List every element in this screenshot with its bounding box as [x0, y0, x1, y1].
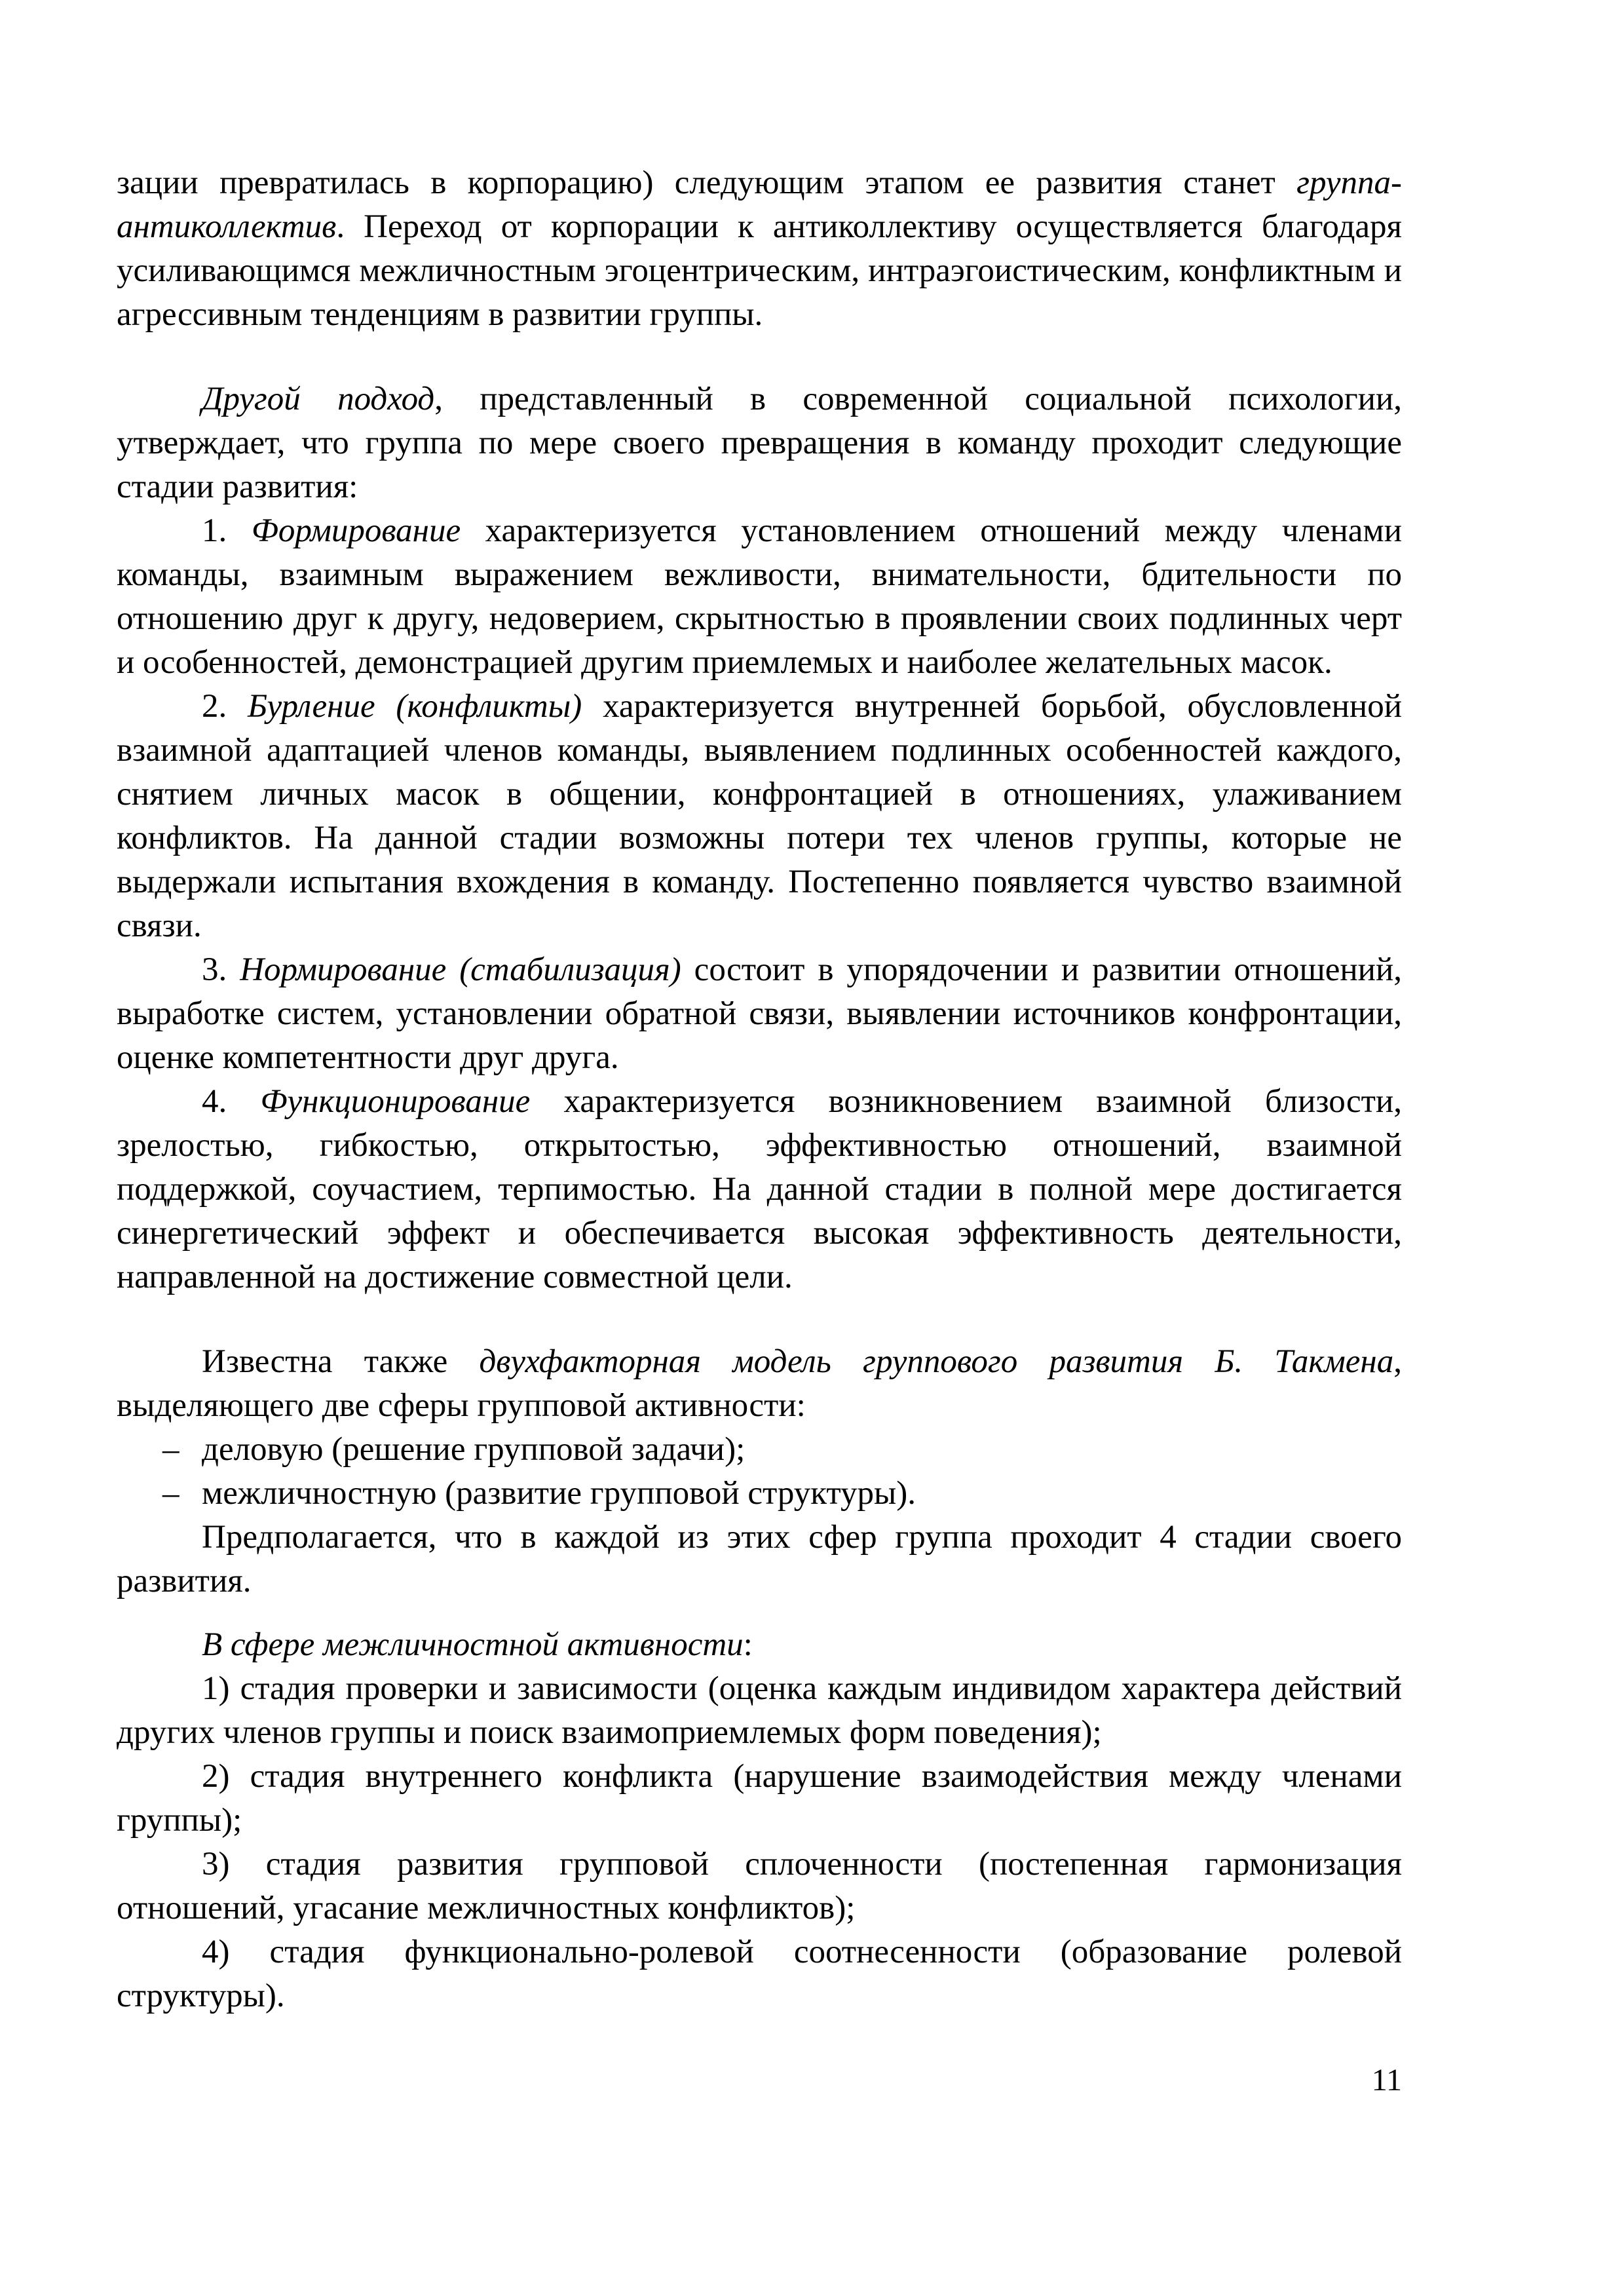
text-run: межличностную (развитие групповой структ…: [202, 1475, 916, 1512]
text-run: 3) стадия развития групповой сплоченност…: [117, 1846, 1402, 1926]
text-run: деловую (решение групповой задачи);: [202, 1431, 745, 1468]
text-run-italic: Другой подход: [202, 381, 434, 417]
paragraph-substage-1: 1) стадия проверки и зависимости (оценка…: [117, 1667, 1402, 1755]
paragraph-continuation: зации превратилась в корпорацию) следующ…: [117, 161, 1402, 337]
text-run: 4) стадия функционально-ролевой соотнесе…: [117, 1934, 1402, 2014]
paragraph-assumption: Предполагается, что в каждой из этих сфе…: [117, 1516, 1402, 1603]
text-run: характеризуется внутренней борьбой, обус…: [117, 688, 1402, 944]
text-run: Предполагается, что в каждой из этих сфе…: [117, 1519, 1402, 1599]
paragraph-interpersonal-heading: В сфере межличностной активности:: [117, 1623, 1402, 1667]
dash-marker: –: [162, 1472, 202, 1516]
text-run: 4.: [202, 1083, 260, 1120]
text-run: 1) стадия проверки и зависимости (оценка…: [117, 1670, 1402, 1751]
text-block: зации превратилась в корпорацию) следующ…: [117, 161, 1402, 2018]
paragraph-stage-1-forming: 1. Формирование характеризуется установл…: [117, 509, 1402, 685]
paragraph-stage-3-norming: 3. Нормирование (стабилизация) состоит в…: [117, 948, 1402, 1080]
text-run-italic: Бурление (конфликты): [248, 688, 582, 725]
text-run-italic: двухфакторная модель группового развития…: [480, 1343, 1394, 1380]
paragraph-substage-2: 2) стадия внутреннего конфликта (нарушен…: [117, 1755, 1402, 1843]
text-run: 2) стадия внутреннего конфликта (нарушен…: [117, 1758, 1402, 1839]
text-run: 3.: [202, 951, 240, 988]
paragraph-tuckman-model: Известна также двухфакторная модель груп…: [117, 1340, 1402, 1428]
paragraph-stage-2-storming: 2. Бурление (конфликты) характеризуется …: [117, 685, 1402, 948]
text-run-italic: Нормирование (стабилизация): [240, 951, 681, 988]
paragraph-other-approach: Другой подход, представленный в современ…: [117, 377, 1402, 509]
text-run: 2.: [202, 688, 248, 725]
document-page: зации превратилась в корпорацию) следующ…: [0, 0, 1624, 2296]
text-run-italic: Формирование: [252, 512, 461, 549]
list-item-interpersonal-sphere: –межличностную (развитие групповой струк…: [117, 1472, 1402, 1516]
text-run-italic: Функционирование: [260, 1083, 530, 1120]
text-run-italic: В сфере межличностной активности: [202, 1626, 744, 1663]
paragraph-substage-3: 3) стадия развития групповой сплоченност…: [117, 1843, 1402, 1930]
dash-marker: –: [162, 1428, 202, 1472]
text-run: 1.: [202, 512, 252, 549]
paragraph-substage-4: 4) стадия функционально-ролевой соотнесе…: [117, 1930, 1402, 2018]
text-run: Известна также: [202, 1343, 480, 1380]
paragraph-stage-4-performing: 4. Функционирование характеризуется возн…: [117, 1080, 1402, 1299]
list-item-business-sphere: –деловую (решение групповой задачи);: [117, 1428, 1402, 1472]
text-run: :: [744, 1626, 753, 1663]
text-run: зации превратилась в корпорацию) следующ…: [117, 164, 1296, 201]
page-number: 11: [117, 2064, 1402, 2097]
